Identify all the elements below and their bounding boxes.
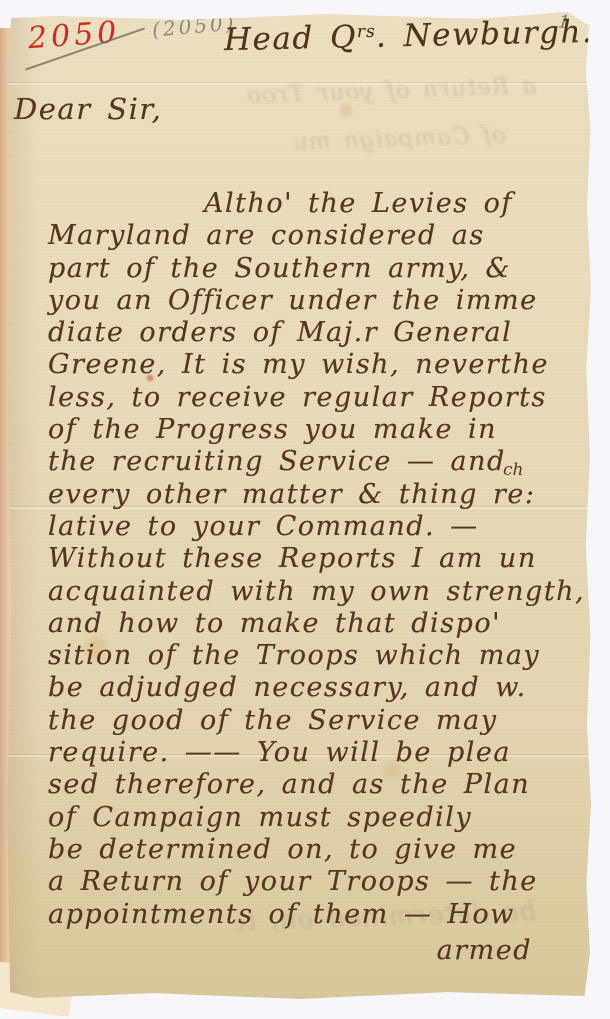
manuscript-line: sition of the Troops which may [48, 640, 594, 672]
manuscript-line: you an Officer under the imme [48, 285, 594, 317]
manuscript-page: a Return of your Troops — the of Campaig… [6, 10, 594, 1002]
manuscript-line: sed therefore, and as the Plan [48, 769, 594, 801]
letter-heading: Head Qrs. Newburgh. [224, 14, 594, 58]
catchword: armed [48, 935, 594, 967]
show-through-text: a Return of your Troops — the [246, 73, 537, 109]
manuscript-line: of the Progress you make in [48, 414, 594, 446]
manuscript-line: be determined on, to give me [48, 834, 594, 866]
salutation: Dear Sir, [14, 92, 162, 126]
manuscript-line: less, to receive regular Reports [48, 382, 594, 414]
superscript-ch: ch [503, 460, 523, 480]
manuscript-line: appointments of them — How [48, 899, 594, 931]
manuscript-line: diate orders of Maj.r General [48, 317, 594, 349]
manuscript-line: lative to your Command. — [48, 511, 594, 543]
manuscript-line: of Campaign must speedily [48, 802, 594, 834]
manuscript-line: a Return of your Troops — the [48, 866, 594, 898]
manuscript-line: Without these Reports I am un [48, 543, 594, 575]
show-through-text: of Campaign must speedily [296, 122, 507, 155]
manuscript-line: every other matter & thing re: [48, 479, 594, 511]
manuscript-line: require. —— You will be plea [48, 737, 594, 769]
catalog-number-red: 2050 [27, 15, 122, 56]
heading-place-pre: Head Q [224, 19, 358, 58]
manuscript-line: be adjudged necessary, and w. [48, 672, 594, 704]
manuscript-line: Greene, It is my wish, neverthe [48, 349, 594, 381]
manuscript-line: the good of the Service may [48, 705, 594, 737]
heading-superscript: rs [357, 22, 376, 42]
letter-body: Altho' the Levies of Maryland are consid… [48, 188, 594, 967]
manuscript-line: Altho' the Levies of [48, 188, 594, 220]
manuscript-line: acquainted with my own strength, [48, 576, 594, 608]
manuscript-line: Maryland are considered as [48, 220, 594, 252]
manuscript-line: part of the Southern army, & [48, 253, 594, 285]
manuscript-scan: a Return of your Troops — the of Campaig… [0, 0, 610, 1019]
manuscript-line: and how to make that dispo' [48, 608, 594, 640]
heading-place-post: . Newburgh. [375, 14, 593, 55]
